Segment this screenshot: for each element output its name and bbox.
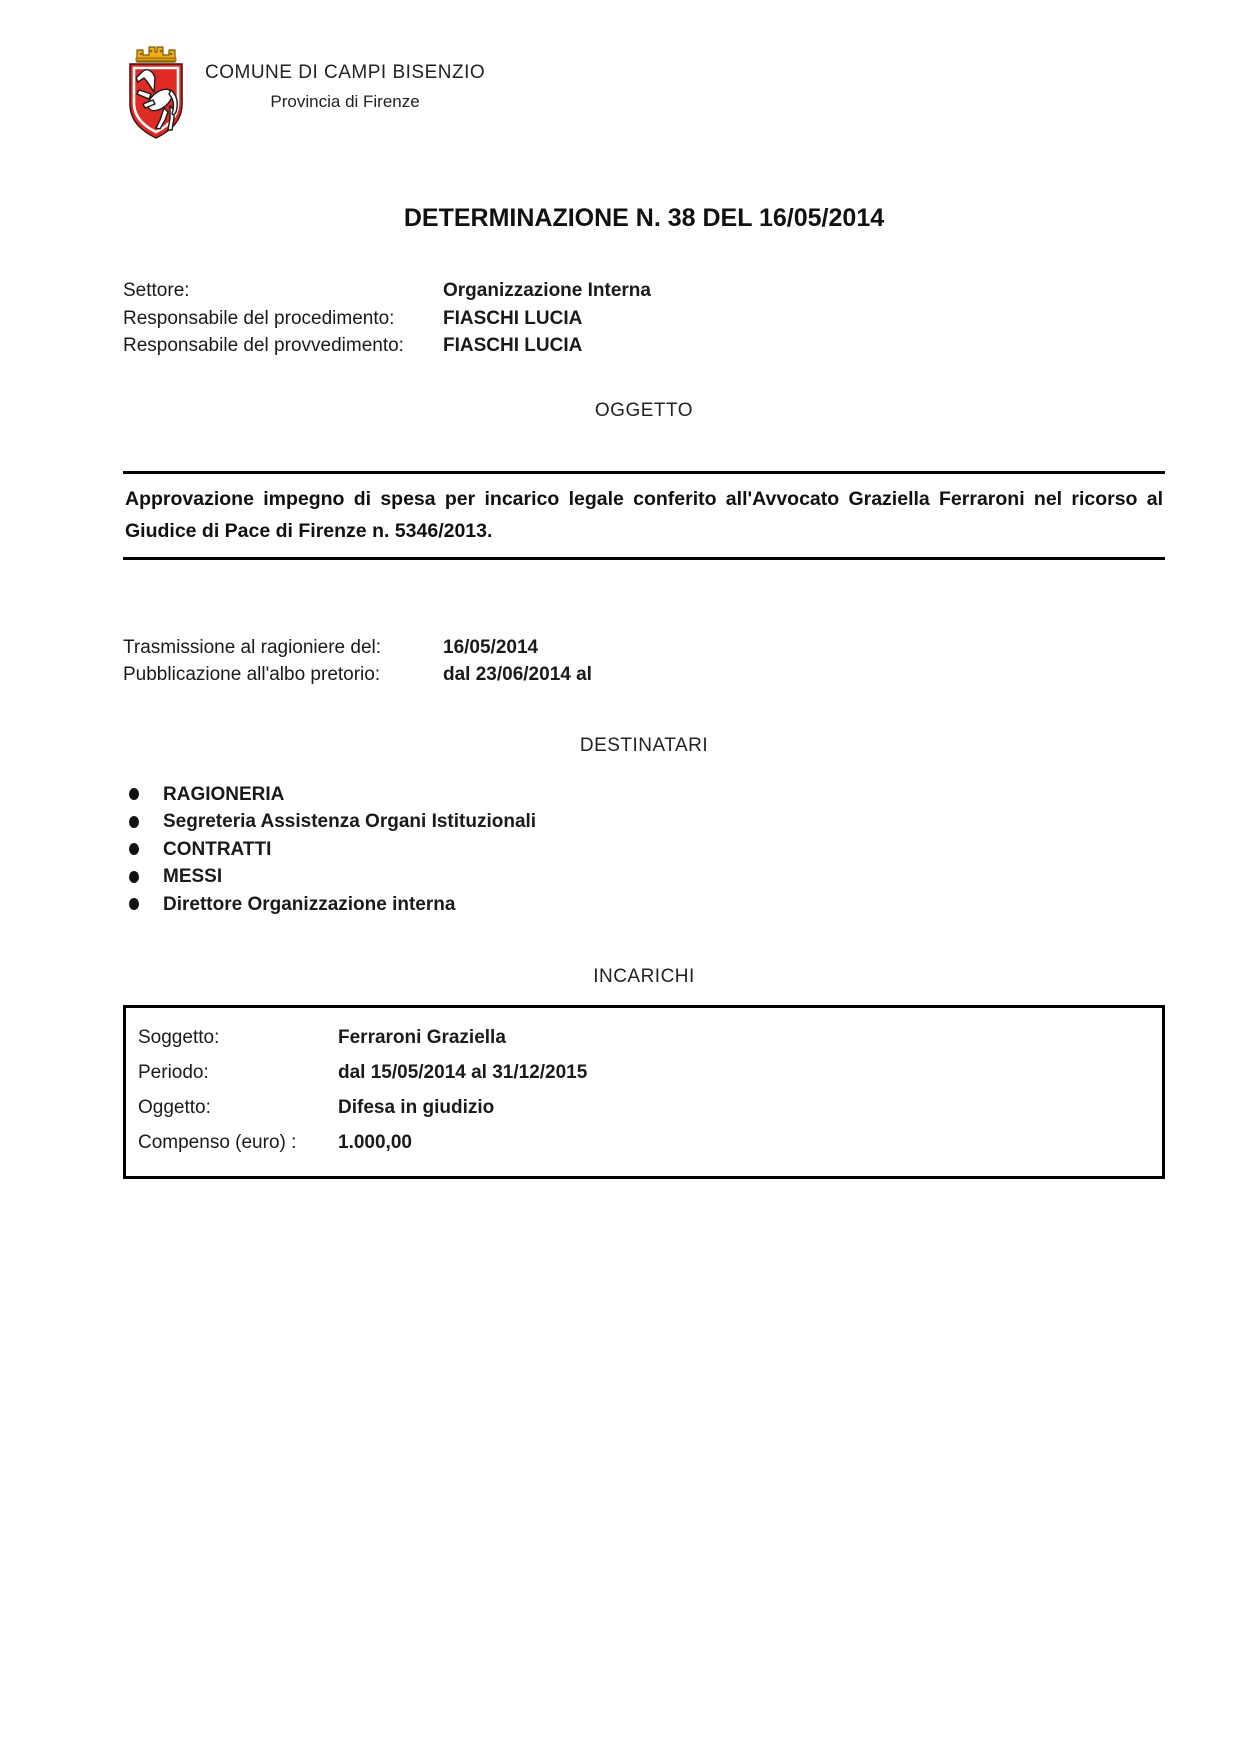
field-value: dal 23/06/2014 al [443,661,1165,689]
bullet-icon [129,843,139,855]
list-item: Segreteria Assistenza Organi Istituziona… [123,808,1165,836]
divider-bottom [123,557,1165,560]
incarichi-box: Soggetto: Ferraroni Graziella Periodo: d… [123,1005,1165,1179]
field-row-pubblicazione: Pubblicazione all'albo pretorio: dal 23/… [123,661,1165,689]
field-row-settore: Settore: Organizzazione Interna [123,277,1165,305]
municipality-name: COMUNE DI CAMPI BISENZIO [205,62,485,84]
list-item: MESSI [123,863,1165,891]
bullet-icon [129,788,139,800]
field-value: 1.000,00 [338,1125,1148,1160]
field-label: Settore: [123,277,443,305]
incarichi-heading: INCARICHI [123,966,1165,988]
destinatari-item-label: Segreteria Assistenza Organi Istituziona… [163,808,536,836]
crown-icon [136,47,176,62]
field-label: Responsabile del provvedimento: [123,332,443,360]
destinatari-item-label: RAGIONERIA [163,781,284,809]
field-value: Difesa in giudizio [338,1090,1148,1125]
field-label: Trasmissione al ragioniere del: [123,634,443,662]
field-label: Periodo: [138,1055,338,1090]
table-row-oggetto: Oggetto: Difesa in giudizio [138,1090,1148,1125]
destinatari-item-label: Direttore Organizzazione interna [163,891,455,919]
table-row-compenso: Compenso (euro) : 1.000,00 [138,1125,1148,1160]
document-header: COMUNE DI CAMPI BISENZIO Provincia di Fi… [123,0,1165,142]
field-label: Compenso (euro) : [138,1125,338,1160]
field-value: 16/05/2014 [443,634,1165,662]
field-value: Organizzazione Interna [443,277,1165,305]
field-label: Responsabile del procedimento: [123,305,443,333]
info-fields: Settore: Organizzazione Interna Responsa… [123,277,1165,360]
field-label: Soggetto: [138,1020,338,1055]
coat-of-arms-icon [123,40,189,142]
document-page: COMUNE DI CAMPI BISENZIO Provincia di Fi… [0,0,1240,1754]
document-title: DETERMINAZIONE N. 38 DEL 16/05/2014 [123,204,1165,233]
destinatari-item-label: CONTRATTI [163,836,271,864]
field-value: FIASCHI LUCIA [443,332,1165,360]
bullet-icon [129,871,139,883]
field-row-trasmissione: Trasmissione al ragioniere del: 16/05/20… [123,634,1165,662]
destinatari-item-label: MESSI [163,863,222,891]
bullet-icon [129,816,139,828]
field-label: Pubblicazione all'albo pretorio: [123,661,443,689]
field-label: Oggetto: [138,1090,338,1125]
table-row-soggetto: Soggetto: Ferraroni Graziella [138,1020,1148,1055]
destinatari-heading: DESTINATARI [123,735,1165,757]
table-row-periodo: Periodo: dal 15/05/2014 al 31/12/2015 [138,1055,1148,1090]
header-text: COMUNE DI CAMPI BISENZIO Provincia di Fi… [205,62,485,112]
oggetto-text: Approvazione impegno di spesa per incari… [123,474,1165,557]
destinatari-list: RAGIONERIA Segreteria Assistenza Organi … [123,781,1165,919]
list-item: RAGIONERIA [123,781,1165,809]
transmission-fields: Trasmissione al ragioniere del: 16/05/20… [123,634,1165,689]
list-item: Direttore Organizzazione interna [123,891,1165,919]
bullet-icon [129,898,139,910]
province-name: Provincia di Firenze [205,92,485,112]
field-row-resp-provvedimento: Responsabile del provvedimento: FIASCHI … [123,332,1165,360]
list-item: CONTRATTI [123,836,1165,864]
oggetto-heading: OGGETTO [123,400,1165,422]
field-row-resp-procedimento: Responsabile del procedimento: FIASCHI L… [123,305,1165,333]
field-value: FIASCHI LUCIA [443,305,1165,333]
field-value: dal 15/05/2014 al 31/12/2015 [338,1055,1148,1090]
field-value: Ferraroni Graziella [338,1020,1148,1055]
